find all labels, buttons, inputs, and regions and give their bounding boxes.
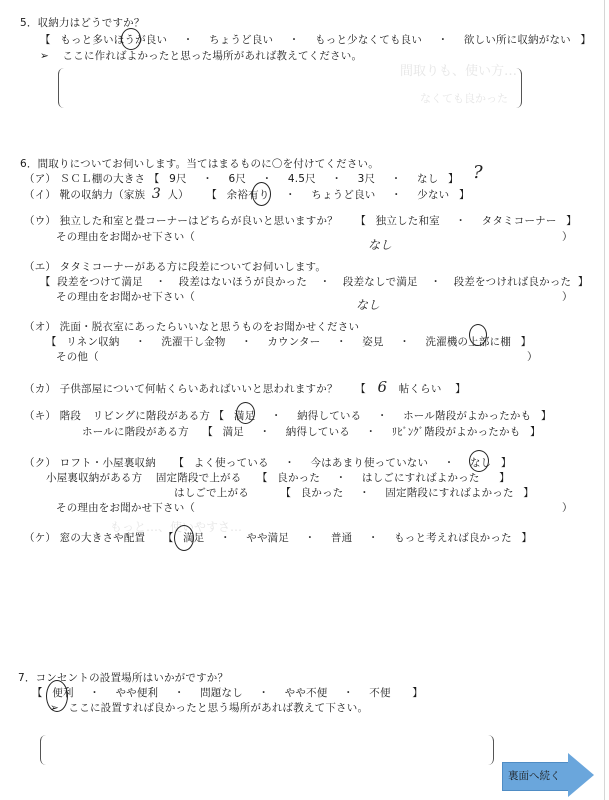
scan-edge-line bbox=[604, 0, 605, 800]
q7-option[interactable]: やや便利 bbox=[115, 687, 158, 700]
selection-circle bbox=[121, 28, 141, 50]
q6-o-question: （オ） 洗面・脱衣室にあったらいいなと思うものをお聞かせください bbox=[24, 321, 359, 334]
q6-ku-option[interactable]: よく使っている bbox=[194, 457, 269, 470]
q6-title: 6．間取りについてお伺いします。当てはまるものに〇を付けてください。 bbox=[20, 158, 379, 171]
q6-a-option[interactable]: 9尺 bbox=[169, 173, 187, 186]
q6-ku-ladder-row: はしごで上がる 【 良かった ・ 固定階段にすればよかった 】 bbox=[174, 487, 534, 500]
q6-ka-row: （カ） 子供部屋について何帖くらいあればいいと思われますか？ 【 6 帖くらい … bbox=[24, 381, 466, 396]
q6-u-row: （ウ） 独立した和室と畳コーナーはどちらが良いと思いますか？ 【 独立した和室 … bbox=[24, 215, 577, 228]
selection-circle bbox=[469, 450, 489, 472]
q7-option[interactable]: 不便 bbox=[369, 687, 390, 700]
q6-o-other-close: ） bbox=[527, 351, 538, 364]
q6-e-question: （エ） タタミコーナーがある方に段差についてお伺いします。 bbox=[24, 261, 326, 274]
q5-followup: ➢ ここに作ればよかったと思った場所があれば教えてください。 bbox=[40, 50, 362, 63]
q5-option[interactable]: 欲しい所に収納がない bbox=[464, 34, 571, 47]
q6-e-option[interactable]: 段差をつけて満足 bbox=[57, 276, 143, 289]
q6-ki-row1-option[interactable]: 納得している bbox=[297, 410, 361, 423]
q6-e-option[interactable]: 段差をつければ良かった bbox=[454, 276, 572, 289]
handwritten-reason-u[interactable]: なし bbox=[368, 236, 392, 253]
q6-a-option[interactable]: 4.5尺 bbox=[288, 173, 316, 186]
q6-a-row: （ア） ＳＣＬ棚の大きさ 【 9尺 ・ 6尺 ・ 4.5尺 ・ 3尺 ・ なし … bbox=[24, 173, 459, 186]
q6-ku-reason-prompt: その理由をお聞かせ下さい（ bbox=[56, 502, 195, 515]
q7-followup: ➢ ここに設置すれば良かったと思う場所があれば教えて下さい。 bbox=[50, 702, 368, 715]
q6-e-reason-close: ） bbox=[562, 291, 573, 304]
q6-e-options: 【 段差をつけて満足 ・ 段差はないほうが良かった ・ 段差なしで満足 ・ 段差… bbox=[40, 276, 589, 289]
q6-e-option[interactable]: 段差はないほうが良かった bbox=[179, 276, 307, 289]
q6-o-option[interactable]: リネン収納 bbox=[66, 336, 119, 349]
q6-ku-option[interactable]: 今はあまり使っていない bbox=[310, 457, 428, 470]
handwritten-question-mark: ? bbox=[473, 162, 483, 183]
q5-answer-box[interactable] bbox=[58, 68, 522, 108]
q6-o-option-selected[interactable]: 洗濯機の上部に棚 bbox=[425, 336, 511, 349]
q6-o-options: 【 リネン収納 ・ 洗濯干し金物 ・ カウンター ・ 姿見 ・ 洗濯機の上部に棚… bbox=[46, 336, 531, 349]
q6-ku-fixed-option[interactable]: 良かった bbox=[277, 472, 320, 485]
continue-label: 裏面へ続く bbox=[508, 768, 561, 783]
q6-ke-option[interactable]: やや満足 bbox=[246, 532, 289, 545]
q6-a-option[interactable]: 3尺 bbox=[358, 173, 376, 186]
selection-circle bbox=[252, 182, 271, 206]
q6-i-option[interactable]: ちょうど良い bbox=[311, 189, 375, 202]
bullet-arrow-icon: ➢ bbox=[40, 50, 49, 62]
handwritten-family-count[interactable]: 3 bbox=[152, 186, 161, 202]
q5-option[interactable]: もっと少なくても良い bbox=[315, 34, 422, 47]
q7-option[interactable]: やや不便 bbox=[285, 687, 328, 700]
q6-o-option[interactable]: 姿見 bbox=[362, 336, 383, 349]
q6-i-row: （イ） 靴の収納力（家族 3 人） 【 余裕有り ・ ちょうど良い ・ 少ない … bbox=[24, 188, 470, 202]
q6-e-reason-prompt: その理由をお聞かせ下さい（ bbox=[56, 291, 195, 304]
q6-ki-row2-option[interactable]: 満足 bbox=[223, 426, 244, 439]
selection-circle bbox=[174, 525, 194, 551]
q6-u-option[interactable]: 独立した和室 bbox=[376, 215, 440, 228]
handwritten-reason-e[interactable]: なし bbox=[356, 296, 380, 313]
q6-ke-option[interactable]: もっと考えれば良かった bbox=[394, 532, 512, 545]
q6-ki-row2-option[interactable]: 納得している bbox=[286, 426, 350, 439]
q6-o-option[interactable]: カウンター bbox=[267, 336, 320, 349]
q6-ke-option[interactable]: 普通 bbox=[331, 532, 352, 545]
q6-ku-ladder-option[interactable]: 固定階段にすればよかった bbox=[385, 487, 513, 500]
bullet-arrow-icon: ➢ bbox=[50, 702, 59, 714]
q6-o-option[interactable]: 洗濯干し金物 bbox=[161, 336, 225, 349]
q5-option-selected[interactable]: もっと多いほうが良い bbox=[60, 34, 167, 47]
q6-u-option[interactable]: タタミコーナー bbox=[482, 215, 557, 228]
q6-ku-fixed-option[interactable]: はしごにすればよかった bbox=[362, 472, 480, 485]
selection-circle bbox=[236, 402, 255, 424]
q6-ke-row: （ケ） 窓の大きさや配置 【 満足 ・ やや満足 ・ 普通 ・ もっと考えれば良… bbox=[24, 532, 532, 545]
q5-option[interactable]: ちょうど良い bbox=[209, 34, 273, 47]
arrow-right-icon bbox=[568, 753, 594, 797]
q6-a-option[interactable]: なし bbox=[417, 173, 438, 186]
q6-u-reason-prompt: その理由をお聞かせ下さい（ bbox=[56, 231, 195, 244]
q6-a-option[interactable]: 6尺 bbox=[228, 173, 246, 186]
q6-o-other-prompt: その他（ bbox=[56, 351, 99, 364]
q6-ki-row2: ホールに階段がある方 【 満足 ・ 納得している ・ ﾘﾋﾞﾝｸﾞ階段がよかった… bbox=[82, 426, 541, 439]
selection-circle bbox=[469, 324, 487, 346]
q7-option[interactable]: 問題なし bbox=[200, 687, 243, 700]
q6-ki-row1-option[interactable]: ホール階段がよかったかも bbox=[403, 410, 531, 423]
q6-ku-row: （ク） ロフト・小屋裏収納 【 よく使っている ・ 今はあまり使っていない ・ … bbox=[24, 457, 512, 470]
q6-ki-row2-option[interactable]: ﾘﾋﾞﾝｸﾞ階段がよかったかも bbox=[392, 426, 521, 439]
q6-ku-fixed-row: 小屋裏収納がある方 固定階段で上がる 【 良かった ・ はしごにすればよかった … bbox=[46, 472, 510, 485]
q6-e-option[interactable]: 段差なしで満足 bbox=[343, 276, 418, 289]
q6-u-reason-close: ） bbox=[562, 231, 573, 244]
continue-on-back-arrow: 裏面へ続く bbox=[502, 753, 598, 797]
q7-options: 【 便利 ・ やや便利 ・ 問題なし ・ やや不便 ・ 不便 】 bbox=[32, 687, 423, 700]
q7-answer-box[interactable] bbox=[40, 735, 494, 765]
q6-ki-row1: （キ） 階段 リビングに階段がある方 【 満足 ・ 納得している ・ ホール階段… bbox=[24, 410, 552, 423]
q6-i-option[interactable]: 少ない bbox=[417, 189, 449, 202]
q6-ku-reason-close: ） bbox=[562, 502, 573, 515]
handwritten-room-size[interactable]: 6 bbox=[377, 378, 387, 396]
q6-ku-ladder-option[interactable]: 良かった bbox=[301, 487, 344, 500]
